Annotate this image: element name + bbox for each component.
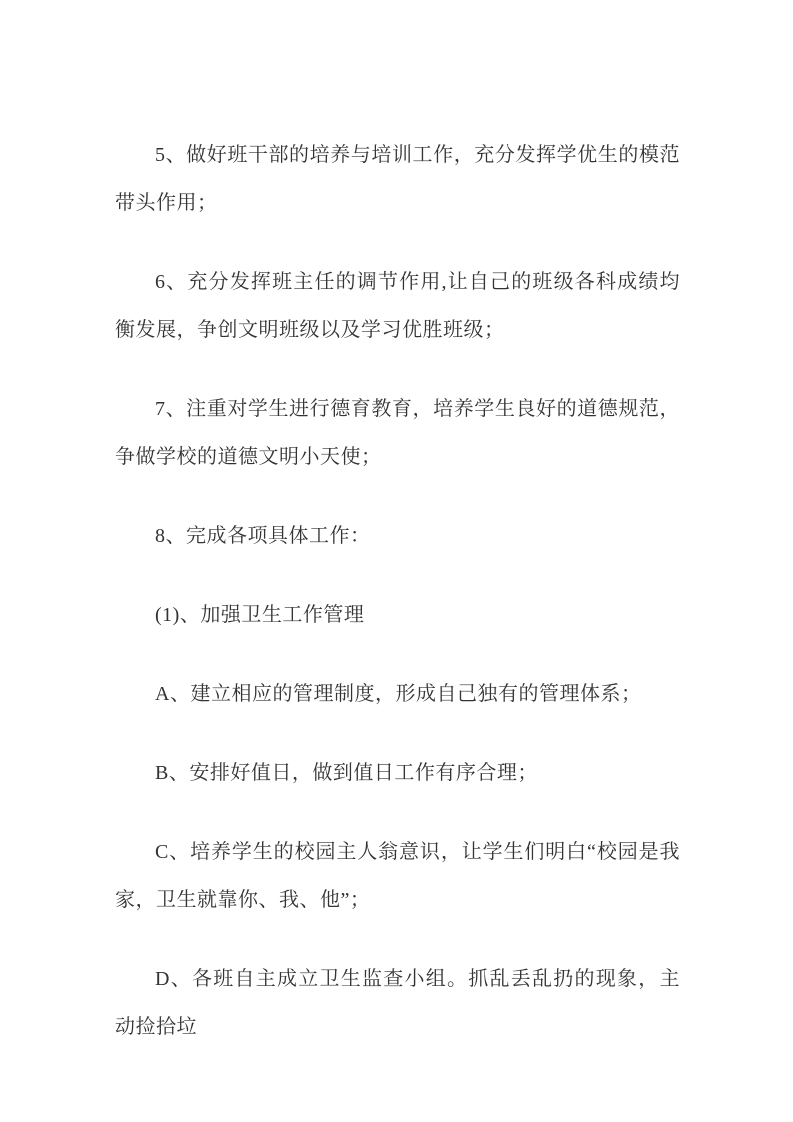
paragraph-item-6: 6、充分发挥班主任的调节作用,让自己的班级各科成绩均衡发展，争创文明班级以及学习… bbox=[115, 258, 680, 354]
paragraph-item-7: 7、注重对学生进行德育教育，培养学生良好的道德规范，争做学校的道德文明小天使； bbox=[115, 385, 680, 481]
document-page: 5、做好班干部的培养与培训工作，充分发挥学优生的模范带头作用； 6、充分发挥班主… bbox=[0, 0, 793, 1122]
paragraph-item-8-1: (1)、加强卫生工作管理 bbox=[115, 591, 680, 639]
paragraph-item-5: 5、做好班干部的培养与培训工作，充分发挥学优生的模范带头作用； bbox=[115, 131, 680, 227]
paragraph-item-8: 8、完成各项具体工作： bbox=[115, 512, 680, 560]
paragraph-item-d: D、各班自主成立卫生监查小组。抓乱丢乱扔的现象，主动捡拾垃 bbox=[115, 955, 680, 1051]
paragraph-item-b: B、安排好值日，做到值日工作有序合理； bbox=[115, 749, 680, 797]
paragraph-item-c: C、培养学生的校园主人翁意识，让学生们明白“校园是我家，卫生就靠你、我、他”； bbox=[115, 828, 680, 924]
paragraph-item-a: A、建立相应的管理制度，形成自己独有的管理体系； bbox=[115, 670, 680, 718]
